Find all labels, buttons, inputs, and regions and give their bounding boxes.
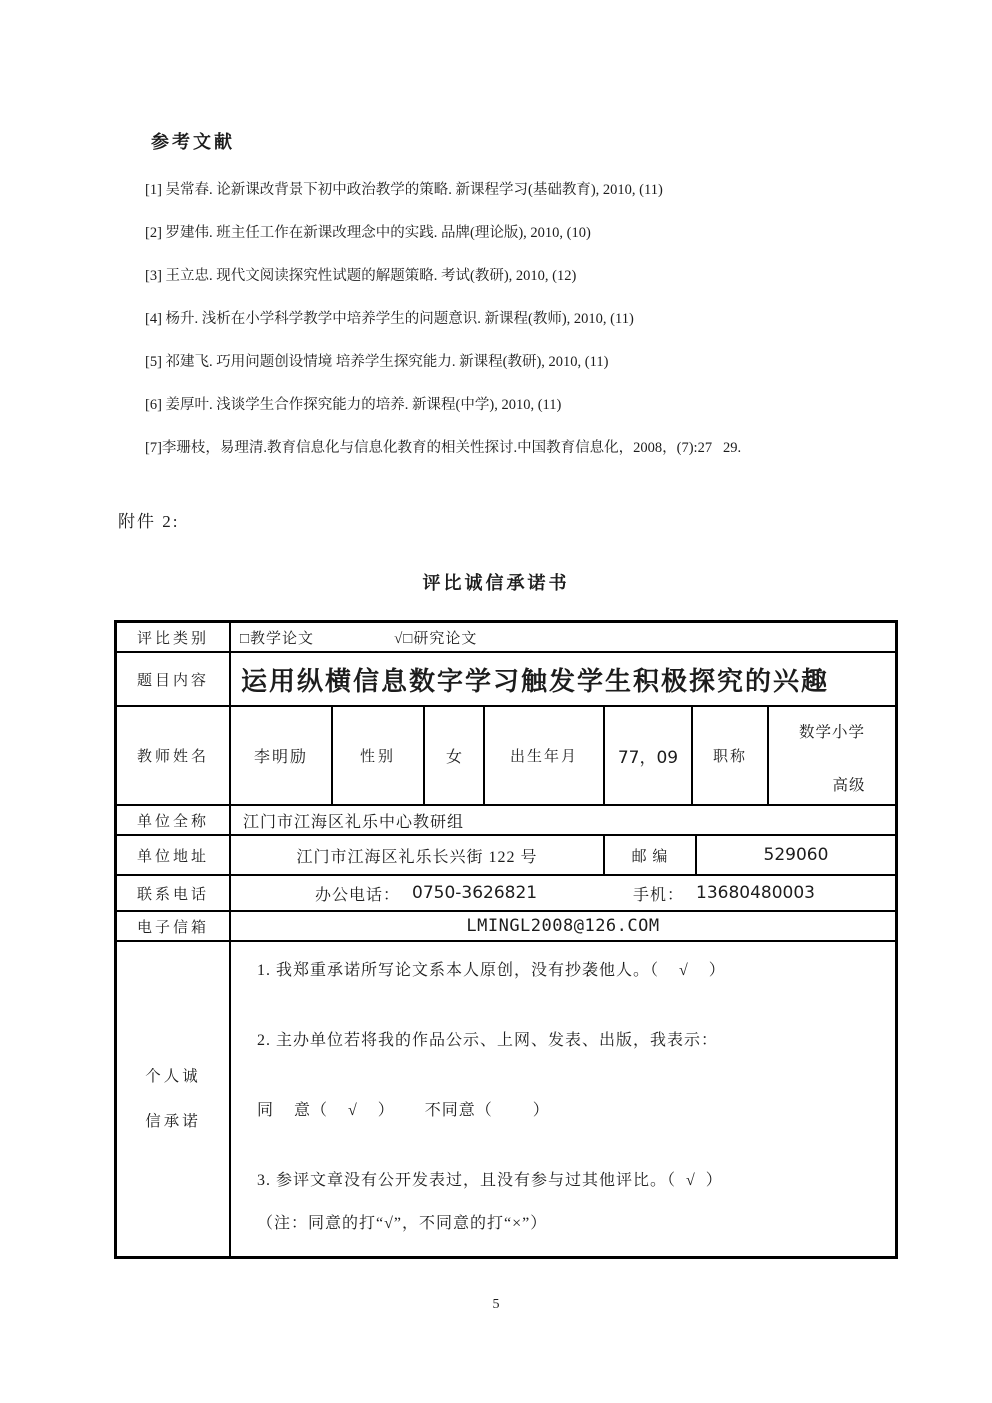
- commitment-label-line2: 信承诺: [145, 1099, 201, 1144]
- commitment-form-table: 评比类别 □教学论文 √□研究论文 题目内容 运用纵横信息数字学习触发学生积极探…: [114, 620, 898, 1259]
- email-label: 电子信箱: [117, 912, 229, 940]
- reference-item: [3] 王立忠. 现代文阅读探究性试题的解题策略. 考试(教研), 2010, …: [145, 255, 945, 298]
- reference-item: [4] 杨升. 浅析在小学科学教学中培养学生的问题意识. 新课程(教师), 20…: [145, 298, 945, 341]
- teacher-name-value: 李明励: [229, 707, 331, 804]
- table-row-phone: 联系电话 办公电话： 0750-3626821 手机： 13680480003: [117, 874, 895, 910]
- office-phone-label: 办公电话：: [315, 882, 400, 905]
- office-phone-value: 0750-3626821: [412, 883, 537, 903]
- office-phone: 办公电话： 0750-3626821: [315, 882, 537, 905]
- phone-label: 联系电话: [117, 876, 229, 910]
- postal-code-value: 529060: [695, 836, 895, 874]
- commitment-item: 同 意（ √ ） 不同意（ ）: [257, 1099, 550, 1123]
- job-title-line1: 数学小学: [799, 720, 865, 742]
- checkbox-research-paper: √□研究论文: [394, 627, 477, 648]
- table-row-topic: 题目内容 运用纵横信息数字学习触发学生积极探究的兴趣: [117, 651, 895, 705]
- phone-values: 办公电话： 0750-3626821 手机： 13680480003: [229, 876, 895, 910]
- gender-label: 性别: [331, 707, 423, 804]
- teacher-name-label: 教师姓名: [117, 707, 229, 804]
- commitment-label-line1: 个人诚: [145, 1054, 201, 1099]
- org-address-value: 江门市江海区礼乐长兴街 122 号: [229, 836, 603, 874]
- table-row-email: 电子信箱 LMINGL2008@126.COM: [117, 910, 895, 940]
- job-title-value: 数学小学 高级: [767, 707, 895, 804]
- table-row-teacher: 教师姓名 李明励 性别 女 出生年月 77，09 职称 数学小学 高级: [117, 705, 895, 804]
- reference-item: [2] 罗建伟. 班主任工作在新课改理念中的实践. 品牌(理论版), 2010,…: [145, 212, 945, 255]
- mobile-phone-label: 手机：: [633, 882, 684, 905]
- table-row-org-address: 单位地址 江门市江海区礼乐长兴街 122 号 邮 编 529060: [117, 834, 895, 874]
- postal-code-label: 邮 编: [603, 836, 695, 874]
- category-label: 评比类别: [117, 623, 229, 651]
- job-title-label: 职称: [691, 707, 767, 804]
- table-row-category: 评比类别 □教学论文 √□研究论文: [117, 623, 895, 651]
- form-title: 评比诚信承诺书: [0, 569, 992, 595]
- org-address-label: 单位地址: [117, 836, 229, 874]
- attachment-label: 附件 2:: [118, 507, 179, 532]
- page-number: 5: [0, 1297, 992, 1313]
- mobile-phone-value: 13680480003: [696, 883, 815, 903]
- commitment-item: 1. 我郑重承诺所写论文系本人原创，没有抄袭他人。（ √ ）: [257, 959, 726, 983]
- topic-label: 题目内容: [117, 653, 229, 705]
- reference-item: [6] 姜厚叶. 浅谈学生合作探究能力的培养. 新课程(中学), 2010, (…: [145, 384, 945, 427]
- birth-date-label: 出生年月: [483, 707, 603, 804]
- reference-item: [5] 祁建飞. 巧用问题创设情境 培养学生探究能力. 新课程(教研), 201…: [145, 341, 945, 384]
- org-name-label: 单位全称: [117, 806, 229, 834]
- commitment-item: （注：同意的打“√”，不同意的打“×”）: [257, 1212, 547, 1236]
- reference-item: [7]李珊枝，易理清.教育信息化与信息化教育的相关性探讨.中国教育信息化，200…: [145, 427, 945, 470]
- job-title-line2: 高级: [832, 773, 865, 795]
- birth-date-value: 77，09: [603, 707, 691, 804]
- topic-value: 运用纵横信息数字学习触发学生积极探究的兴趣: [229, 653, 895, 705]
- commitment-item: 2. 主办单位若将我的作品公示、上网、发表、出版，我表示：: [257, 1029, 718, 1053]
- table-row-commitment: 个人诚 信承诺 1. 我郑重承诺所写论文系本人原创，没有抄袭他人。（ √ ） 2…: [117, 940, 895, 1256]
- table-row-org-name: 单位全称 江门市江海区礼乐中心教研组: [117, 804, 895, 834]
- reference-item: [1] 吴常春. 论新课改背景下初中政治教学的策略. 新课程学习(基础教育), …: [145, 169, 945, 212]
- references-heading: 参考文献: [151, 128, 235, 154]
- commitment-item: 3. 参评文章没有公开发表过，且没有参与过其他评比。（ √ ）: [257, 1169, 723, 1193]
- commitment-label: 个人诚 信承诺: [117, 942, 229, 1256]
- references-list: [1] 吴常春. 论新课改背景下初中政治教学的策略. 新课程学习(基础教育), …: [145, 169, 945, 470]
- org-name-value: 江门市江海区礼乐中心教研组: [229, 806, 895, 834]
- mobile-phone: 手机： 13680480003: [633, 882, 815, 905]
- checkbox-teaching-paper: □教学论文: [240, 627, 314, 648]
- document-page: 参考文献 [1] 吴常春. 论新课改背景下初中政治教学的策略. 新课程学习(基础…: [0, 0, 992, 1403]
- commitment-content: 1. 我郑重承诺所写论文系本人原创，没有抄袭他人。（ √ ） 2. 主办单位若将…: [229, 942, 895, 1256]
- email-value: LMINGL2008@126.COM: [229, 912, 895, 940]
- gender-value: 女: [423, 707, 483, 804]
- category-options: □教学论文 √□研究论文: [229, 623, 895, 651]
